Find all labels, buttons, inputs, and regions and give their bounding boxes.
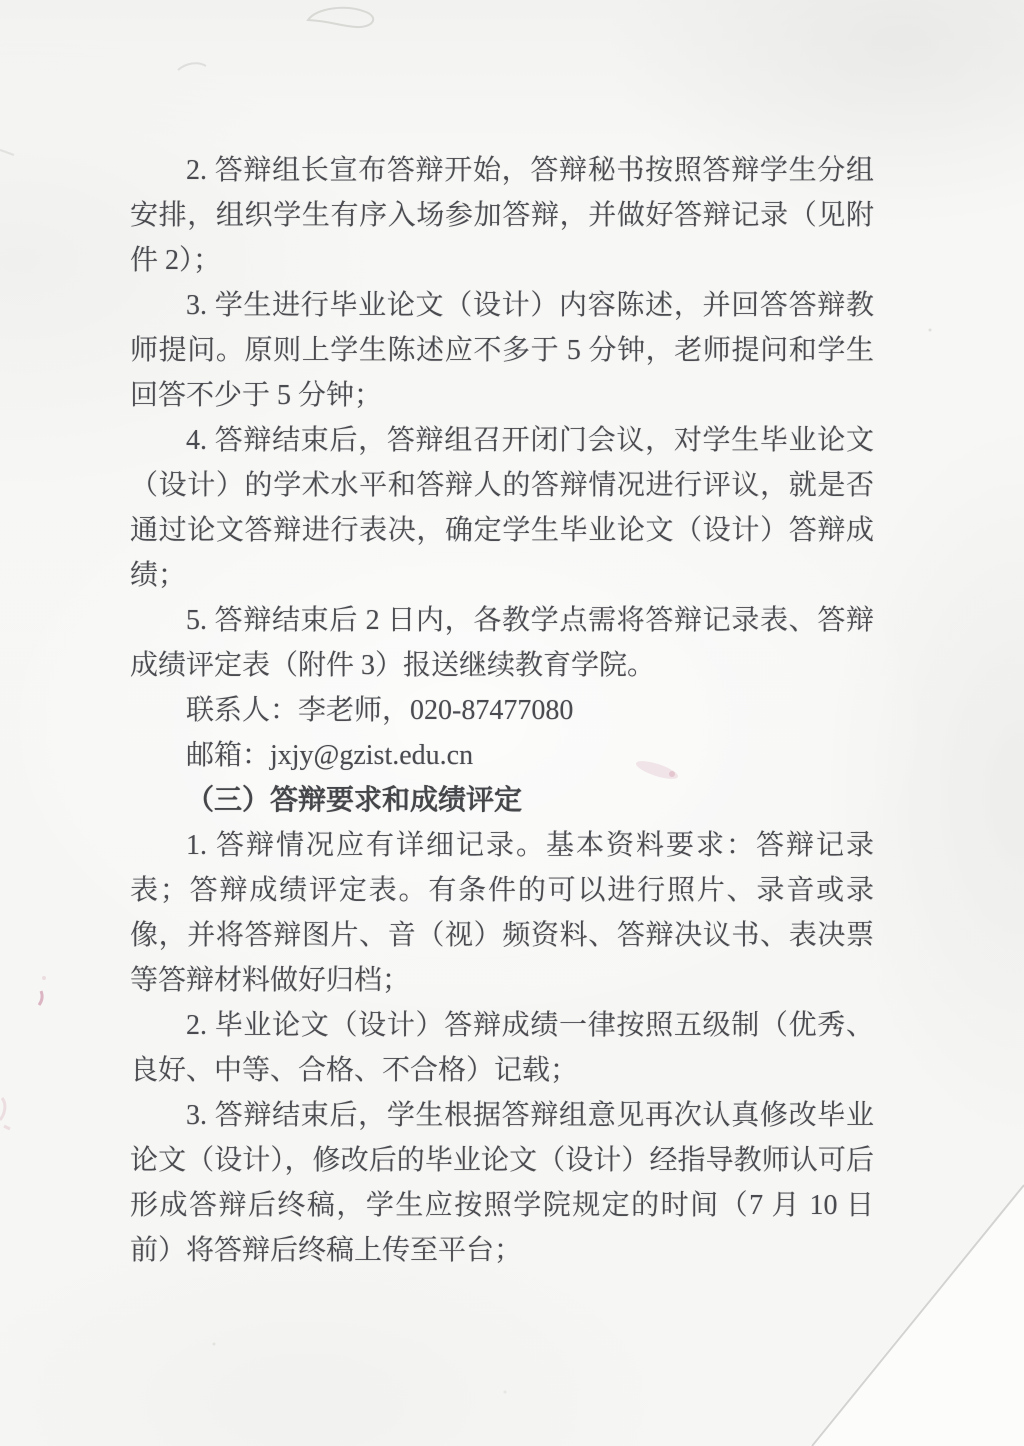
body-paragraph: 4. 答辩结束后，答辩组召开闭门会议，对学生毕业论文（设计）的学术水平和答辩人的… [130, 418, 874, 598]
pencil-dash-mark [178, 63, 206, 70]
body-paragraph: 2. 答辩组长宣布答辩开始，答辩秘书按照答辩学生分组安排，组织学生有序入场参加答… [130, 148, 874, 283]
body-paragraph: 3. 学生进行毕业论文（设计）内容陈述，并回答答辩教师提问。原则上学生陈述应不多… [130, 283, 874, 418]
scanned-page: 2. 答辩组长宣布答辩开始，答辩秘书按照答辩学生分组安排，组织学生有序入场参加答… [0, 0, 1024, 1446]
document-body: 2. 答辩组长宣布答辩开始，答辩秘书按照答辩学生分组安排，组织学生有序入场参加答… [130, 148, 874, 1273]
dust-speck [213, 1343, 216, 1346]
body-paragraph: 2. 毕业论文（设计）答辩成绩一律按照五级制（优秀、良好、中等、合格、不合格）记… [130, 1003, 874, 1093]
dust-speck [929, 329, 932, 332]
body-paragraph: 5. 答辩结束后 2 日内，各教学点需将答辩记录表、答辩成绩评定表（附件 3）报… [130, 598, 874, 688]
body-paragraph: 联系人：李老师，020-87477080 [130, 688, 874, 733]
pencil-scribble-mark [308, 8, 373, 27]
dust-speck [504, 1391, 507, 1394]
body-paragraph: 邮箱：jxjy@gzist.edu.cn [130, 733, 874, 778]
section-heading: （三）答辩要求和成绩评定 [130, 778, 874, 823]
pink-speck-small-mark [42, 976, 46, 980]
body-paragraph: 1. 答辩情况应有详细记录。基本资料要求：答辩记录表；答辩成绩评定表。有条件的可… [130, 823, 874, 1003]
pink-edge-squiggle-mark [0, 1098, 10, 1129]
body-paragraph: 3. 答辩结束后，学生根据答辩组意见再次认真修改毕业论文（设计），修改后的毕业论… [130, 1093, 874, 1273]
edge-scratch-mark [0, 150, 14, 155]
pink-speck-mark [39, 991, 42, 1005]
